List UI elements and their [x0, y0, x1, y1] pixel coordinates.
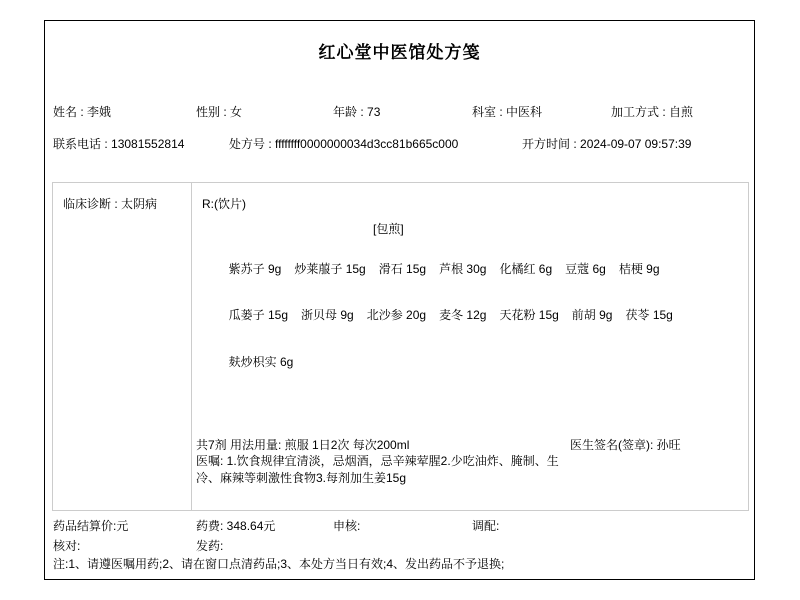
usage-row: 共7剂 用法用量: 煎服 1日2次 每次200ml	[196, 437, 409, 453]
diagnosis-label: 临床诊断 :	[63, 197, 121, 211]
patient-gender-value: 女	[230, 105, 242, 119]
prescription-sheet: 红心堂中医馆处方笺 姓名 : 李娥 性别 : 女 年龄 : 73 科室 : 中医…	[44, 20, 755, 580]
usage-value: 煎服 1日2次 每次200ml	[285, 438, 410, 452]
rx-content: R:(饮片) [包煎] 紫苏子 9g炒莱菔子 15g滑石 15g芦根 30g化橘…	[192, 183, 748, 510]
dispensing-prep-label: 调配:	[472, 519, 503, 533]
medicine-item: 麸炒枳实 6g	[229, 355, 294, 369]
prescription-number-value: ffffffff0000000034d3cc81b665c000	[275, 137, 458, 151]
check-label: 核对:	[53, 539, 84, 553]
medical-advice: 医嘱: 1.饮食规律宜清淡，忌烟酒，忌辛辣荤腥2.少吃油炸、腌制、生冷、麻辣等刺…	[196, 453, 578, 487]
patient-age-label: 年龄 :	[333, 105, 367, 119]
patient-name-label: 姓名 :	[53, 105, 87, 119]
usage-label: 用法用量:	[230, 438, 285, 452]
medicine-item: 豆蔻 6g	[565, 262, 606, 276]
dispense-label: 发药:	[196, 539, 227, 553]
footer-note: 注:1、请遵医嘱用药;2、请在窗口点清药品;3、本处方当日有效;4、发出药品不予…	[53, 556, 504, 572]
page-title: 红心堂中医馆处方笺	[45, 38, 754, 63]
patient-department-label: 科室 :	[472, 105, 506, 119]
review-field: 申核:	[333, 518, 364, 534]
rx-header: R:(饮片)	[202, 196, 246, 212]
prescription-box: 临床诊断 : 太阴病 R:(饮片) [包煎] 紫苏子 9g炒莱菔子 15g滑石 …	[52, 182, 749, 511]
medicine-item: 前胡 9g	[572, 308, 613, 322]
diagnosis-column: 临床诊断 : 太阴病	[53, 183, 192, 510]
issue-time-value: 2024-09-07 09:57:39	[580, 137, 691, 151]
dispensing-prep-field: 调配:	[472, 518, 503, 534]
issue-time-field: 开方时间 : 2024-09-07 09:57:39	[522, 136, 691, 152]
medicine-item: 桔梗 9g	[619, 262, 660, 276]
patient-department-value: 中医科	[506, 105, 542, 119]
medicine-item: 麦冬 12g	[439, 308, 486, 322]
patient-name-field: 姓名 : 李娥	[53, 104, 111, 120]
doctor-signature-value: 孙旺	[657, 438, 681, 452]
settlement-price-field: 药品结算价:元	[53, 518, 128, 534]
dispense-field: 发药:	[196, 538, 227, 554]
patient-name-value: 李娥	[87, 105, 111, 119]
processing-method-value: 自煎	[669, 105, 693, 119]
medicine-fee-field: 药费: 348.64元	[196, 518, 275, 534]
medicine-item: 北沙参 20g	[367, 308, 426, 322]
settlement-price-label: 药品结算价:	[53, 519, 116, 533]
prescription-number-field: 处方号 : ffffffff0000000034d3cc81b665c000	[229, 136, 458, 152]
processing-method-field: 加工方式 : 自煎	[611, 104, 693, 120]
medicine-item: 炒莱菔子 15g	[294, 262, 365, 276]
patient-gender-field: 性别 : 女	[196, 104, 242, 120]
patient-department-field: 科室 : 中医科	[472, 104, 542, 120]
medicine-item: 紫苏子 9g	[229, 262, 282, 276]
medicine-line: 麸炒枳实 6g	[202, 338, 306, 386]
diagnosis-field: 临床诊断 : 太阴病	[63, 196, 157, 212]
doctor-signature-field: 医生签名(签章): 孙旺	[570, 437, 681, 453]
patient-age-field: 年龄 : 73	[333, 104, 380, 120]
medicine-item: 天花粉 15g	[499, 308, 558, 322]
patient-gender-label: 性别 :	[196, 105, 230, 119]
settlement-price-value: 元	[116, 519, 128, 533]
patient-age-value: 73	[367, 105, 380, 119]
medical-advice-label: 医嘱:	[196, 454, 227, 468]
review-label: 申核:	[333, 519, 364, 533]
decoction-note: [包煎]	[373, 221, 404, 237]
phone-value: 13081552814	[111, 137, 184, 151]
medicine-line: 瓜蒌子 15g浙贝母 9g北沙参 20g麦冬 12g天花粉 15g前胡 9g茯苓…	[202, 291, 686, 339]
phone-label: 联系电话 :	[53, 137, 111, 151]
issue-time-label: 开方时间 :	[522, 137, 580, 151]
doctor-signature-label: 医生签名(签章):	[570, 438, 657, 452]
medicine-item: 芦根 30g	[439, 262, 486, 276]
medical-advice-text: 1.饮食规律宜清淡，忌烟酒，忌辛辣荤腥2.少吃油炸、腌制、生冷、麻辣等刺激性食物…	[196, 454, 559, 485]
medicine-fee-value: 348.64元	[227, 519, 276, 533]
check-field: 核对:	[53, 538, 84, 554]
medicine-item: 化橘红 6g	[499, 262, 552, 276]
prescription-number-label: 处方号 :	[229, 137, 275, 151]
processing-method-label: 加工方式 :	[611, 105, 669, 119]
diagnosis-value: 太阴病	[121, 197, 157, 211]
medicine-item: 茯苓 15g	[625, 308, 672, 322]
medicine-fee-label: 药费:	[196, 519, 227, 533]
medicine-item: 瓜蒌子 15g	[229, 308, 288, 322]
medicine-line: 紫苏子 9g炒莱菔子 15g滑石 15g芦根 30g化橘红 6g豆蔻 6g桔梗 …	[202, 245, 673, 293]
phone-field: 联系电话 : 13081552814	[53, 136, 184, 152]
medicine-item: 浙贝母 9g	[301, 308, 354, 322]
dose-count: 共7剂	[196, 438, 230, 452]
medicine-item: 滑石 15g	[379, 262, 426, 276]
